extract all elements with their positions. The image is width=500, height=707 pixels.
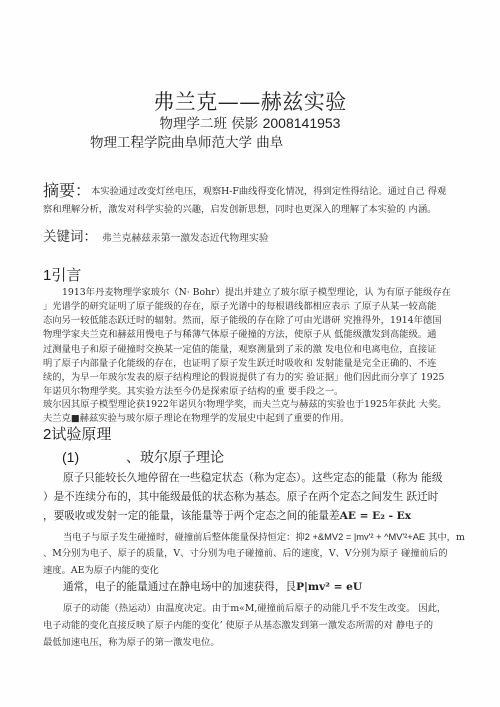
principle-line: 原子只能较长久地停留在一些稳定状态（称为定态）。这些定态的能量（称为 能级 bbox=[63, 470, 442, 485]
collision-text: 当电子与原子发生碰撞时，碰撞前后整体能量保持恒定： bbox=[63, 532, 295, 543]
collision-line: 当电子与原子发生碰撞时，碰撞前后整体能量保持恒定：抑2 +&MV2 = |mv'… bbox=[63, 529, 465, 543]
principle-text: ，要吸收或发射一定的能量，该能量等于两个定态之间的能量差 bbox=[43, 510, 340, 522]
student-id: 2008141953 bbox=[263, 115, 341, 131]
collision-text-suffix: 其中，m bbox=[425, 532, 465, 543]
acceleration-line: 通常，电子的能量通过在静电场中的加速获得，艮P|mv² = eU bbox=[63, 579, 362, 594]
abstract-line: 察和理解分析，激发对科学实验的兴趣，启发创新思想，同时也更深入的理解了本实验的 … bbox=[43, 201, 436, 215]
affiliation: 物理工程学院曲阜师范大学 曲阜 bbox=[90, 131, 283, 151]
collision-line: 、M分别为电子、原子的质量，V、寸分别为电子碰撞前、后的速度，V、V分别为原子 … bbox=[43, 545, 448, 559]
energy-difference-formula: AE = E₂ - Ex bbox=[340, 510, 411, 522]
intro-line: 夫兰克■赫兹实验与玻尔原子理论在物理学的发展史中起到了重要的作用。 bbox=[43, 410, 349, 424]
excitation-line: 原子的动能（热运动）由温度决定。由于m«M,碰撞前后原子的动能几乎不发生改变。 … bbox=[63, 600, 446, 614]
acceleration-text: 通常，电子的能量通过在静电场中的加速获得，艮 bbox=[63, 581, 296, 593]
collision-line: 速度。AE为原子内能的变化 bbox=[43, 562, 159, 576]
intro-line: 年诺贝尔物理学奖。其实验方法至今仍是探索原子结构的重 要手段之一。 bbox=[43, 383, 343, 397]
intro-line: 物理学家夫兰克和赫兹用慢电子与稀薄气体原子碰撞的方法，使原子从 低能级激发到高能… bbox=[43, 326, 436, 340]
intro-line: 玻尔因其原子模型理论获1922年诺贝尔物理学奖，而夫兰克与赫兹的实验也于1925… bbox=[43, 396, 447, 410]
section-heading-principle: 2试验原理 bbox=[43, 423, 111, 444]
author-class-name: 物理学二班 侯影 bbox=[160, 116, 259, 132]
section-title: 试验原理 bbox=[51, 425, 111, 443]
intro-line: 明了原子内部量子化能级的存在，也证明了原子发生跃迁时吸收和 发射能量是完全正确的… bbox=[43, 355, 436, 369]
excitation-line: 最低加速电压，称为原子的第一激发电位。 bbox=[43, 634, 220, 648]
subsection-number: (1) bbox=[62, 449, 79, 465]
subsection-heading-bohr-theory: (1) 、玻尔原子理论 bbox=[62, 447, 224, 467]
subsection-title: 、玻尔原子理论 bbox=[126, 450, 224, 466]
principle-line: ，要吸收或发射一定的能量，该能量等于两个定态之间的能量差AE = E₂ - Ex bbox=[43, 508, 411, 523]
abstract-line: 本实验通过改变灯丝电压，观察H-F曲线得变化情况，得到定性得结论。通过自己 得观 bbox=[91, 183, 446, 197]
intro-line: 态向另一较低能态跃迁时的辐射。然而，原子能级的存在除了可由光谱研 究推得外，19… bbox=[43, 312, 442, 326]
intro-line: 续的，为早一年玻尔发表的原子结构理论的假说提供了有力的实 验证据」他们因此而分享… bbox=[43, 369, 444, 383]
keywords-label: 关键词： bbox=[43, 225, 97, 245]
section-title: 引言 bbox=[51, 266, 81, 284]
intro-line: 」光谱学的研究证明了原子能级的存在，原子光谱中的每根谱线都相应表示 了原子从某一… bbox=[43, 298, 436, 312]
principle-line: ）是不连续分布的，其中能级最低的状态称为基态。原子在两个定态之间发生 跃迁时 bbox=[43, 489, 438, 504]
energy-conservation-formula: 抑2 +&MV2 = |mv'² + ^MV'²+AE bbox=[295, 532, 425, 542]
author-line: 物理学二班 侯影 2008141953 bbox=[0, 112, 500, 132]
excitation-line: 电子动能的变化直接反映了原子内能的变化’ 使原子从基态激发到第一激发态所需的对 … bbox=[43, 617, 433, 631]
section-heading-introduction: 1引言 bbox=[43, 264, 81, 285]
document-page: 弗兰克——赫兹实验 物理学二班 侯影 2008141953 物理工程学院曲阜师范… bbox=[0, 0, 500, 707]
abstract-label: 摘要： bbox=[43, 178, 91, 201]
keywords-text: 弗兰克赫兹汞第一激发态近代物理实验 bbox=[102, 230, 269, 244]
intro-line: 1913年丹麦物理学家玻尔（N· Bohr）提出并建立了玻尔原子模型理论，认 为… bbox=[62, 284, 451, 298]
kinetic-energy-formula: P|mv² = eU bbox=[296, 581, 362, 593]
intro-line: 过测量电子和原子碰撞时交换某一定值的能量，观察测量到了汞的激 发电位和电离电位，… bbox=[43, 341, 436, 355]
